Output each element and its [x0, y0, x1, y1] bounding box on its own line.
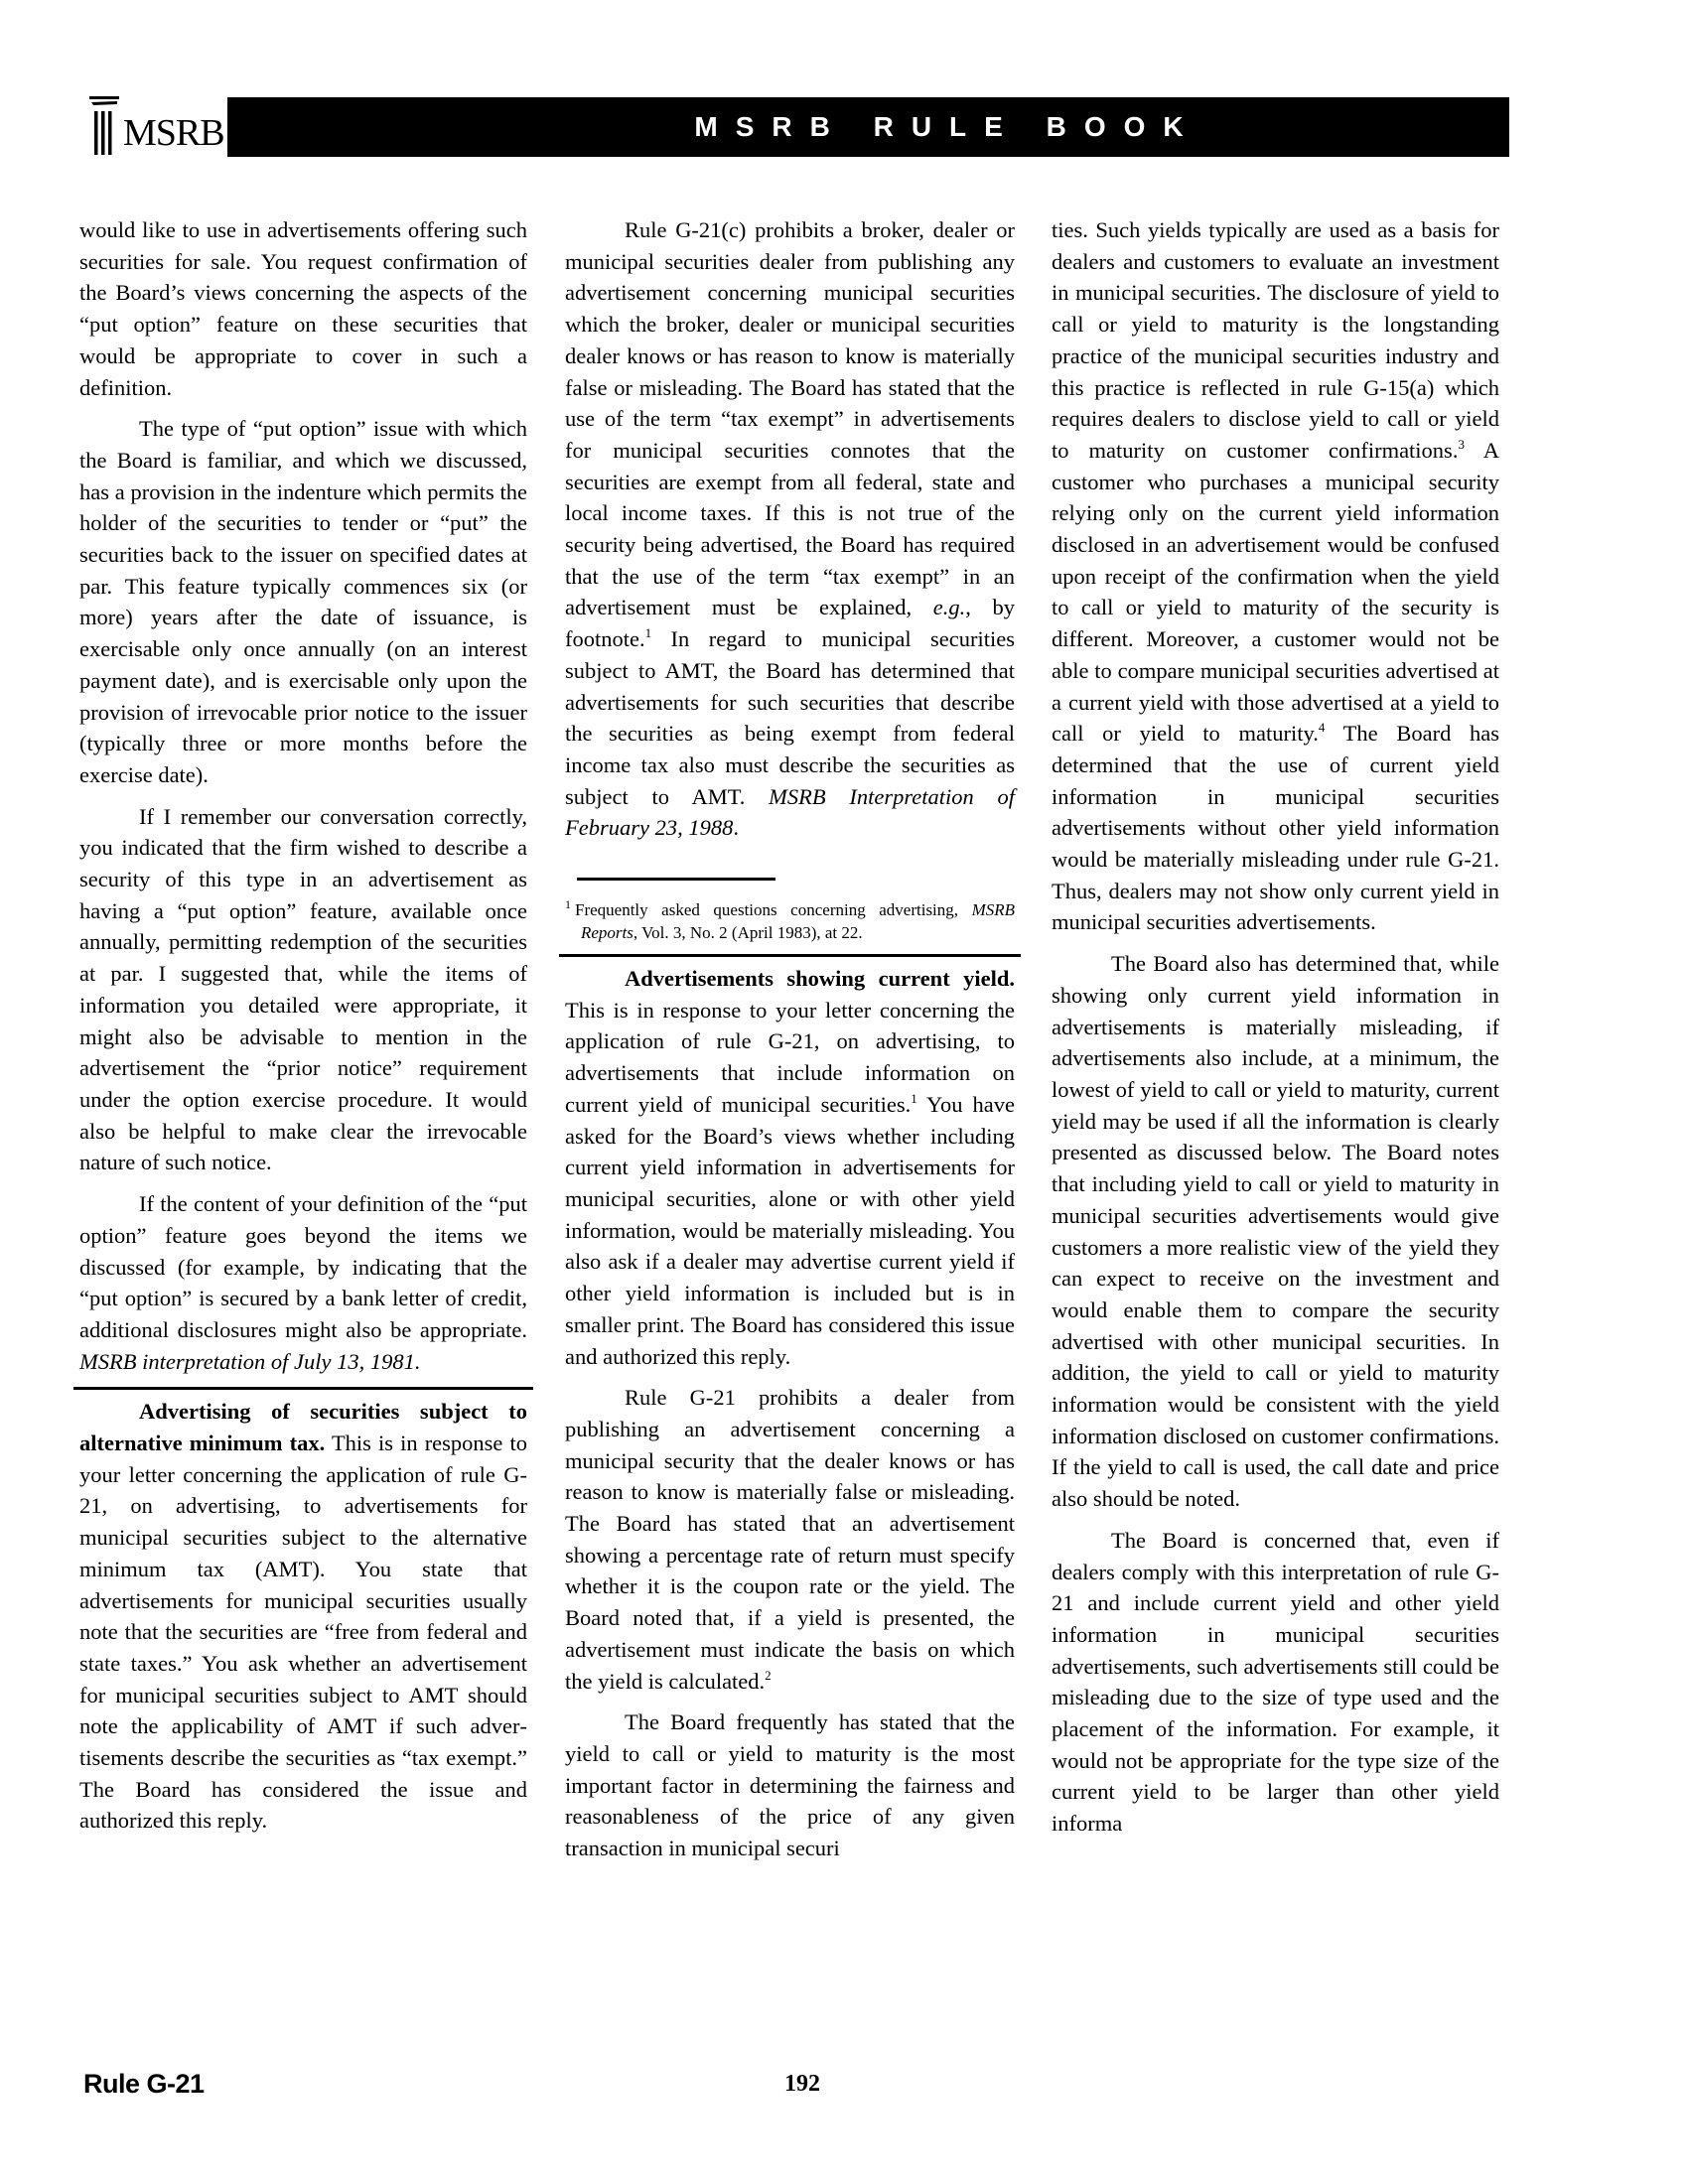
paragraph-text: This is in re­sponse to your letter conc…: [79, 1431, 527, 1833]
paragraph-text: If the content of your definition of the…: [79, 1191, 527, 1342]
rule-book-title: MSRB RULE BOOK: [227, 97, 1509, 157]
paragraph: The Board is concerned that, even if dea…: [1052, 1525, 1499, 1840]
section-divider: [559, 954, 1021, 957]
paragraph: If the content of your definition of the…: [79, 1188, 527, 1377]
column-1: would like to use in advertisements offe…: [79, 214, 527, 1846]
pillar-icon: [89, 95, 119, 157]
paragraph-text: In regard to municipal securities subjec…: [565, 626, 1015, 809]
paragraph: Rule G-21(c) prohibits a broker, dealer …: [565, 214, 1015, 844]
section-heading: Advertisements showing current yield.: [625, 966, 1015, 991]
paragraph-text: ties. Such yields typically are used as …: [1052, 217, 1499, 463]
footnote-text: , Vol. 3, No. 2 (April 1983), at 22.: [633, 923, 863, 942]
footnote-separator: [577, 878, 775, 881]
section-divider: [73, 1387, 533, 1390]
footnote: 1Frequently asked questions concerning a…: [565, 898, 1015, 944]
column-3: ties. Such yields typically are used as …: [1052, 214, 1499, 1849]
paragraph: Advertisements showing current yield. Th…: [565, 963, 1015, 1372]
paragraph: would like to use in advertisements offe…: [79, 214, 527, 403]
footnote-number: 1: [565, 897, 571, 911]
column-2: Rule G-21(c) prohibits a broker, dealer …: [565, 214, 1015, 1874]
paragraph: Rule G-21 prohibits a dealer from publis…: [565, 1382, 1015, 1697]
paragraph: ties. Such yields typically are used as …: [1052, 214, 1499, 938]
italic-text: e.g.: [933, 595, 966, 619]
logo-text: MSRB: [123, 109, 224, 157]
page-number: 192: [784, 2071, 820, 2098]
paragraph-text: .: [733, 815, 739, 840]
page-header: MSRB MSRB RULE BOOK: [83, 95, 1509, 157]
paragraph-text: Rule G-21 prohibits a dealer from publis…: [565, 1385, 1015, 1693]
paragraph: If I remember our conversation cor­rectl…: [79, 801, 527, 1178]
footnote-text: Frequently asked questions concerning ad…: [575, 900, 958, 919]
paragraph: The type of “put option” issue with whic…: [79, 413, 527, 790]
paragraph-text: The Board has determined that the use of…: [1052, 721, 1499, 934]
paragraph: Advertising of securities subject to alt…: [79, 1396, 527, 1837]
header-bar: MSRB RULE BOOK: [227, 97, 1509, 157]
paragraph-text: You have asked for the Board’s views whe…: [565, 1092, 1015, 1369]
paragraph-text: A customer who purchases a municipal sec…: [1052, 438, 1499, 746]
paragraph: The Board frequently has stated that the…: [565, 1706, 1015, 1864]
citation: MSRB interpretation of July 13, 1981.: [79, 1349, 421, 1374]
footer-rule-name: Rule G-21: [83, 2069, 205, 2100]
paragraph: The Board also has determined that, whil…: [1052, 948, 1499, 1515]
paragraph-text: Rule G-21(c) prohibits a broker, dealer …: [565, 217, 1015, 619]
footnote-ref[interactable]: 2: [765, 1668, 772, 1683]
